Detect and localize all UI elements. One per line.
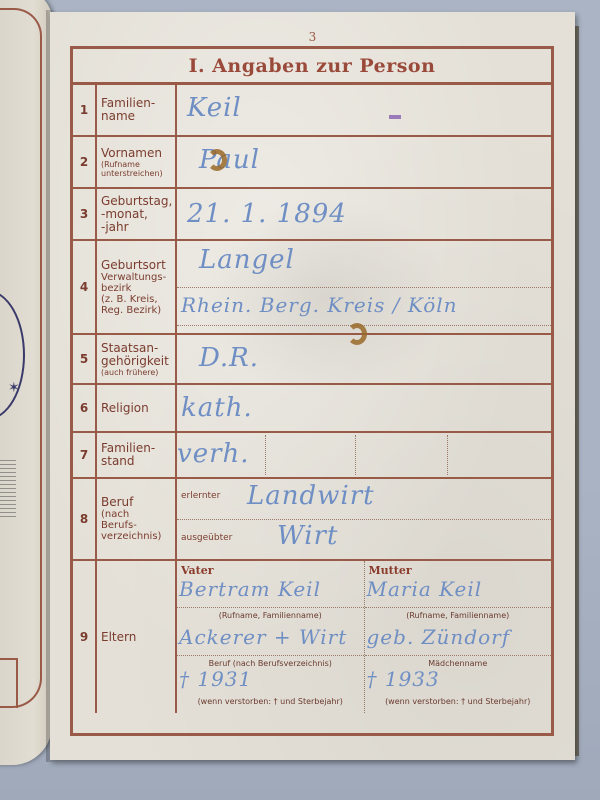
- label-line: Religion: [101, 402, 171, 415]
- dotted-divider: [265, 435, 266, 475]
- mother-name-value[interactable]: Maria Keil: [367, 577, 483, 601]
- row-label: Geburtstag, -monat, -jahr: [97, 189, 177, 239]
- label-note: (Rufname: [101, 160, 171, 169]
- citizenship-field[interactable]: D.R.: [177, 335, 551, 383]
- label-note: (nach: [101, 509, 171, 520]
- page-number: 3: [50, 30, 575, 44]
- row-number: 1: [73, 85, 97, 135]
- marital-status-field[interactable]: verh.: [177, 433, 551, 477]
- religion-value: kath.: [181, 393, 253, 423]
- row-label: Vornamen (Rufname unterstreichen): [97, 137, 177, 187]
- hatched-lines: [0, 460, 16, 520]
- mother-section: Mutter Maria Keil (Rufname, Familienname…: [364, 561, 552, 713]
- label-line: Geburtstag,: [101, 195, 171, 208]
- row-label: Beruf (nach Berufs- verzeichnis): [97, 479, 177, 559]
- practiced-occupation-label: ausgeübter: [181, 533, 232, 543]
- dotted-line: [177, 607, 364, 608]
- learned-occupation-value: Landwirt: [247, 481, 375, 511]
- father-section: Vater Bertram Keil (Rufname, Familiennam…: [177, 561, 364, 713]
- label-note: Berufs-: [101, 520, 171, 531]
- row-label: Familien- stand: [97, 433, 177, 477]
- label-line: Staatsan-: [101, 342, 171, 355]
- religion-field[interactable]: kath.: [177, 385, 551, 431]
- father-death-value[interactable]: † 1931: [179, 667, 252, 691]
- stamp-signature-mark: ✶: [8, 380, 20, 396]
- row-label: Staatsan- gehörigkeit (auch frühere): [97, 335, 177, 383]
- row-number: 8: [73, 479, 97, 559]
- father-heading: Vater: [181, 564, 214, 577]
- row-number: 7: [73, 433, 97, 477]
- mother-maiden-name-value[interactable]: geb. Zündorf: [367, 625, 511, 649]
- row-number: 4: [73, 241, 97, 333]
- dotted-divider: [447, 435, 448, 475]
- label-line: Vornamen: [101, 147, 171, 160]
- label-line: -jahr: [101, 221, 171, 234]
- dotted-line: [365, 607, 552, 608]
- section-title: I. Angaben zur Person: [73, 49, 551, 85]
- row-number: 2: [73, 137, 97, 187]
- rust-stain: [207, 149, 227, 171]
- label-line: Geburtsort: [101, 259, 171, 272]
- marital-status-value: verh.: [177, 439, 250, 469]
- date-of-birth-field[interactable]: 21. 1. 1894: [177, 189, 551, 239]
- place-of-birth-value: Langel: [199, 245, 295, 275]
- rust-stain: [347, 323, 367, 345]
- row-label: Religion: [97, 385, 177, 431]
- dotted-line: [365, 655, 552, 656]
- occupation-field[interactable]: erlernter Landwirt ausgeübter Wirt: [177, 479, 551, 559]
- label-note: unterstreichen): [101, 169, 171, 178]
- label-line: Beruf: [101, 496, 171, 509]
- personal-data-form: I. Angaben zur Person 1 Familien- name K…: [70, 46, 554, 736]
- label-note: Verwaltungs-: [101, 272, 171, 283]
- learned-occupation-label: erlernter: [181, 491, 220, 501]
- row-first-names: 2 Vornamen (Rufname unterstreichen) Paul: [73, 137, 551, 189]
- label-line: Eltern: [101, 631, 171, 644]
- date-of-birth-value: 21. 1. 1894: [187, 199, 347, 229]
- row-label: Familien- name: [97, 85, 177, 135]
- label-line: stand: [101, 455, 171, 468]
- label-line: -monat,: [101, 208, 171, 221]
- label-note: verzeichnis): [101, 531, 171, 542]
- row-number: 6: [73, 385, 97, 431]
- row-parents: 9 Eltern Vater Bertram Keil (Rufname, Fa…: [73, 561, 551, 713]
- dotted-line: [177, 287, 551, 288]
- row-label: Geburtsort Verwaltungs- bezirk (z. B. Kr…: [97, 241, 177, 333]
- label-note: bezirk: [101, 283, 171, 294]
- citizenship-value: D.R.: [199, 343, 259, 373]
- parents-field: Vater Bertram Keil (Rufname, Familiennam…: [177, 561, 551, 713]
- mother-death-value[interactable]: † 1933: [367, 667, 440, 691]
- label-note: (z. B. Kreis,: [101, 294, 171, 305]
- row-occupation: 8 Beruf (nach Berufs- verzeichnis) erler…: [73, 479, 551, 561]
- row-number: 5: [73, 335, 97, 383]
- row-religion: 6 Religion kath.: [73, 385, 551, 433]
- previous-page: ✶: [0, 0, 52, 765]
- row-place-of-birth: 4 Geburtsort Verwaltungs- bezirk (z. B. …: [73, 241, 551, 335]
- row-marital-status: 7 Familien- stand verh.: [73, 433, 551, 479]
- document-page: 3 I. Angaben zur Person 1 Familien- name…: [50, 12, 575, 760]
- row-number: 3: [73, 189, 97, 239]
- previous-page-box: [0, 658, 18, 708]
- father-name-caption: (Rufname, Familienname): [177, 611, 364, 620]
- row-citizenship: 5 Staatsan- gehörigkeit (auch frühere) D…: [73, 335, 551, 385]
- label-line: gehörigkeit: [101, 355, 171, 368]
- dotted-line: [177, 519, 551, 520]
- father-occupation-value[interactable]: Ackerer + Wirt: [179, 625, 347, 649]
- district-value: Rhein. Berg. Kreis / Köln: [181, 293, 458, 317]
- mother-name-caption: (Rufname, Familienname): [365, 611, 552, 620]
- label-note: (auch frühere): [101, 368, 171, 377]
- row-label: Eltern: [97, 561, 177, 713]
- father-death-caption: (wenn verstorben: † und Sterbejahr): [177, 697, 364, 706]
- family-name-field[interactable]: Keil: [177, 85, 551, 135]
- father-name-value[interactable]: Bertram Keil: [179, 577, 321, 601]
- first-names-field[interactable]: Paul: [177, 137, 551, 187]
- dotted-line: [177, 655, 364, 656]
- label-note: Reg. Bezirk): [101, 305, 171, 316]
- label-line: name: [101, 110, 171, 123]
- row-number: 9: [73, 561, 97, 713]
- practiced-occupation-value: Wirt: [277, 521, 338, 551]
- place-of-birth-field[interactable]: Langel Rhein. Berg. Kreis / Köln: [177, 241, 551, 333]
- family-name-value: Keil: [187, 93, 242, 123]
- dotted-divider: [355, 435, 356, 475]
- mother-death-caption: (wenn verstorben: † und Sterbejahr): [365, 697, 552, 706]
- row-family-name: 1 Familien- name Keil: [73, 85, 551, 137]
- mother-heading: Mutter: [369, 564, 412, 577]
- ink-mark: [389, 115, 401, 119]
- row-date-of-birth: 3 Geburtstag, -monat, -jahr 21. 1. 1894: [73, 189, 551, 241]
